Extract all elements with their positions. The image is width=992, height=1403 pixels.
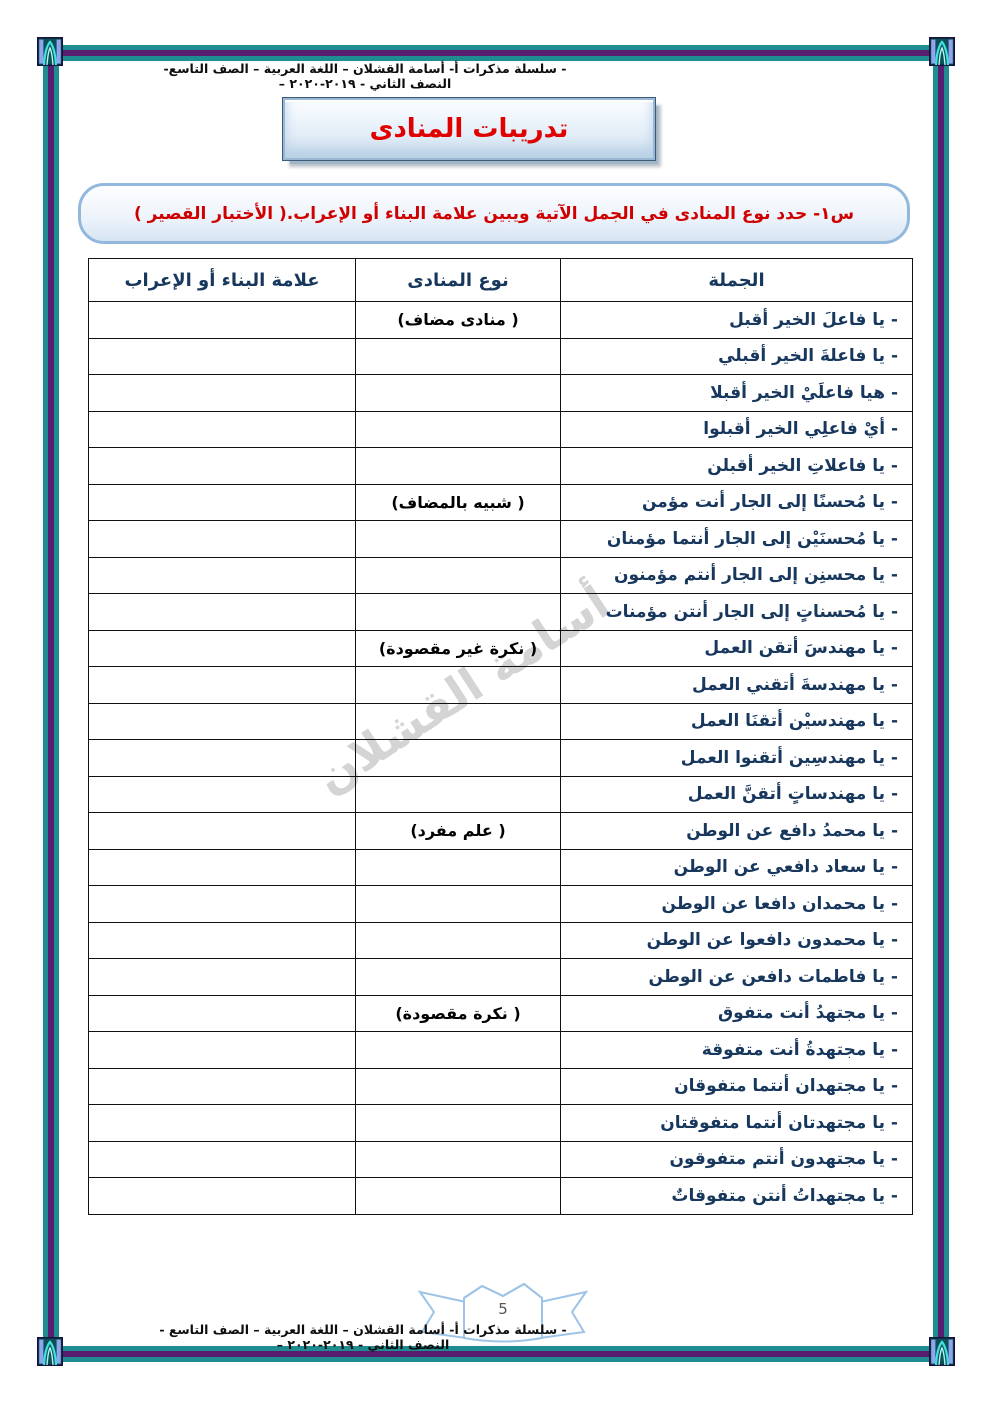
type-cell bbox=[356, 411, 561, 448]
answer-cell bbox=[89, 594, 356, 631]
sentence-cell: - يا مهندسَ أتقن العمل bbox=[561, 630, 913, 667]
table-row: - يا مجتهدتان أنتما متفوقتان bbox=[89, 1105, 913, 1142]
answer-cell bbox=[89, 411, 356, 448]
sentence-cell: - أيْ فاعلِي الخير أقبلوا bbox=[561, 411, 913, 448]
type-cell bbox=[356, 740, 561, 777]
answer-cell bbox=[89, 1178, 356, 1215]
sentence-cell: - يا مُحسناتٍ إلى الجار أنتن مؤمنات bbox=[561, 594, 913, 631]
type-cell bbox=[356, 375, 561, 412]
table-row: - يا محمدان دافعا عن الوطن bbox=[89, 886, 913, 923]
type-cell bbox=[356, 338, 561, 375]
type-cell bbox=[356, 448, 561, 485]
sentence-cell: - يا مجتهداتُ أنتن متفوقاتٌ bbox=[561, 1178, 913, 1215]
answer-cell bbox=[89, 813, 356, 850]
corner-arch-icon bbox=[37, 1337, 63, 1366]
corner-arch-icon bbox=[37, 37, 63, 66]
answer-cell bbox=[89, 1068, 356, 1105]
table-row: - يا مجتهدان أنتما متفوقان bbox=[89, 1068, 913, 1105]
answer-cell bbox=[89, 338, 356, 375]
answer-cell bbox=[89, 375, 356, 412]
sentence-cell: - هيا فاعلَيْ الخير أقبلا bbox=[561, 375, 913, 412]
table-row: - يا مهندسيْن أتقنَا العمل bbox=[89, 703, 913, 740]
running-header: - سلسلة مذكرات أ- أسامة القشلان – اللغة … bbox=[150, 61, 580, 91]
table-row: - يا مجتهدون أنتم متفوقون bbox=[89, 1141, 913, 1178]
answer-cell bbox=[89, 1141, 356, 1178]
type-cell: ( شبيه بالمضاف) bbox=[356, 484, 561, 521]
type-cell bbox=[356, 849, 561, 886]
answer-cell bbox=[89, 922, 356, 959]
sentence-cell: - يا مُحسنًا إلى الجار أنت مؤمن bbox=[561, 484, 913, 521]
sentence-cell: - يا فاعلَ الخير أقبل bbox=[561, 302, 913, 339]
answer-cell bbox=[89, 776, 356, 813]
type-cell bbox=[356, 1178, 561, 1215]
table-row: - يا مجتهدُ أنت متفوق( نكرة مقصودة) bbox=[89, 995, 913, 1032]
sentence-cell: - يا فاعلاتِ الخير أقبلن bbox=[561, 448, 913, 485]
type-cell bbox=[356, 959, 561, 996]
table-row: - يا مهندسةَ أتقني العمل bbox=[89, 667, 913, 704]
worksheet-page: - سلسلة مذكرات أ- أسامة القشلان – اللغة … bbox=[0, 0, 992, 1403]
table-row: - يا سعاد دافعي عن الوطن bbox=[89, 849, 913, 886]
answer-cell bbox=[89, 448, 356, 485]
sentence-cell: - يا سعاد دافعي عن الوطن bbox=[561, 849, 913, 886]
answer-cell bbox=[89, 740, 356, 777]
table-row: - يا مُحسنًا إلى الجار أنت مؤمن( شبيه با… bbox=[89, 484, 913, 521]
answer-cell bbox=[89, 849, 356, 886]
frame-band-top bbox=[52, 45, 940, 61]
table-row: - يا محمدون دافعوا عن الوطن bbox=[89, 922, 913, 959]
answer-cell bbox=[89, 1105, 356, 1142]
title-box: تدريبات المنادى bbox=[283, 98, 655, 160]
sentence-cell: - يا محمدُ دافع عن الوطن bbox=[561, 813, 913, 850]
answer-cell bbox=[89, 302, 356, 339]
table-row: - يا فاعلةَ الخير أقبلي bbox=[89, 338, 913, 375]
exercise-table: الجملة نوع المنادى علامة البناء أو الإعر… bbox=[88, 258, 913, 1215]
type-cell bbox=[356, 521, 561, 558]
page-title: تدريبات المنادى bbox=[370, 114, 569, 144]
table-row: - يا مُحسناتٍ إلى الجار أنتن مؤمنات bbox=[89, 594, 913, 631]
running-footer: - سلسلة مذكرات أ- أسامة القشلان – اللغة … bbox=[148, 1322, 578, 1352]
sentence-cell: - يا مجتهدُ أنت متفوق bbox=[561, 995, 913, 1032]
sentence-cell: - يا محمدون دافعوا عن الوطن bbox=[561, 922, 913, 959]
sentence-cell: - يا مجتهدةُ أنت متفوقة bbox=[561, 1032, 913, 1069]
sentence-cell: - يا مهندسةَ أتقني العمل bbox=[561, 667, 913, 704]
answer-cell bbox=[89, 484, 356, 521]
sentence-cell: - يا مُحسنَيْن إلى الجار أنتما مؤمنان bbox=[561, 521, 913, 558]
answer-cell bbox=[89, 630, 356, 667]
type-cell: ( نكرة غير مقصودة) bbox=[356, 630, 561, 667]
answer-cell bbox=[89, 959, 356, 996]
type-cell bbox=[356, 1105, 561, 1142]
table-row: - يا محسنِن إلى الجار أنتم مؤمنون bbox=[89, 557, 913, 594]
sentence-cell: - يا فاعلةَ الخير أقبلي bbox=[561, 338, 913, 375]
sentence-cell: - يا مجتهدان أنتما متفوقان bbox=[561, 1068, 913, 1105]
sentence-cell: - يا محمدان دافعا عن الوطن bbox=[561, 886, 913, 923]
type-cell bbox=[356, 886, 561, 923]
sentence-cell: - يا محسنِن إلى الجار أنتم مؤمنون bbox=[561, 557, 913, 594]
question-box: س١- حدد نوع المنادى في الجمل الآتية ويبي… bbox=[78, 183, 910, 244]
col-header-type: نوع المنادى bbox=[356, 259, 561, 302]
answer-cell bbox=[89, 886, 356, 923]
table-row: - يا مهندساتٍ أتقنَّ العمل bbox=[89, 776, 913, 813]
type-cell bbox=[356, 1068, 561, 1105]
table-row: - هيا فاعلَيْ الخير أقبلا bbox=[89, 375, 913, 412]
question-text: س١- حدد نوع المنادى في الجمل الآتية ويبي… bbox=[134, 204, 854, 224]
type-cell bbox=[356, 594, 561, 631]
frame-band-right bbox=[933, 52, 949, 1348]
table-row: - يا فاعلَ الخير أقبل( منادى مضاف) bbox=[89, 302, 913, 339]
type-cell bbox=[356, 776, 561, 813]
frame-band-left bbox=[43, 52, 59, 1348]
table-row: - أيْ فاعلِي الخير أقبلوا bbox=[89, 411, 913, 448]
table-row: - يا مهندسَ أتقن العمل( نكرة غير مقصودة) bbox=[89, 630, 913, 667]
type-cell: ( نكرة مقصودة) bbox=[356, 995, 561, 1032]
table-row: - يا مجتهدةُ أنت متفوقة bbox=[89, 1032, 913, 1069]
type-cell bbox=[356, 1032, 561, 1069]
answer-cell bbox=[89, 995, 356, 1032]
sentence-cell: - يا فاطمات دافعن عن الوطن bbox=[561, 959, 913, 996]
table-header-row: الجملة نوع المنادى علامة البناء أو الإعر… bbox=[89, 259, 913, 302]
table-row: - يا مهندسِين أتقنوا العمل bbox=[89, 740, 913, 777]
table-row: - يا مجتهداتُ أنتن متفوقاتٌ bbox=[89, 1178, 913, 1215]
sentence-cell: - يا مهندسيْن أتقنَا العمل bbox=[561, 703, 913, 740]
type-cell bbox=[356, 1141, 561, 1178]
sentence-cell: - يا مجتهدتان أنتما متفوقتان bbox=[561, 1105, 913, 1142]
type-cell bbox=[356, 557, 561, 594]
type-cell bbox=[356, 703, 561, 740]
col-header-sentence: الجملة bbox=[561, 259, 913, 302]
sentence-cell: - يا مهندسِين أتقنوا العمل bbox=[561, 740, 913, 777]
sentence-cell: - يا مجتهدون أنتم متفوقون bbox=[561, 1141, 913, 1178]
sentence-cell: - يا مهندساتٍ أتقنَّ العمل bbox=[561, 776, 913, 813]
type-cell: ( علم مفرد) bbox=[356, 813, 561, 850]
corner-arch-icon bbox=[929, 37, 955, 66]
corner-arch-icon bbox=[929, 1337, 955, 1366]
table-row: - يا محمدُ دافع عن الوطن( علم مفرد) bbox=[89, 813, 913, 850]
answer-cell bbox=[89, 521, 356, 558]
table-row: - يا مُحسنَيْن إلى الجار أنتما مؤمنان bbox=[89, 521, 913, 558]
type-cell bbox=[356, 922, 561, 959]
answer-cell bbox=[89, 703, 356, 740]
answer-cell bbox=[89, 557, 356, 594]
table-row: - يا فاطمات دافعن عن الوطن bbox=[89, 959, 913, 996]
col-header-mark: علامة البناء أو الإعراب bbox=[89, 259, 356, 302]
answer-cell bbox=[89, 667, 356, 704]
type-cell: ( منادى مضاف) bbox=[356, 302, 561, 339]
type-cell bbox=[356, 667, 561, 704]
answer-cell bbox=[89, 1032, 356, 1069]
page-number: 5 bbox=[412, 1300, 594, 1318]
table-row: - يا فاعلاتِ الخير أقبلن bbox=[89, 448, 913, 485]
